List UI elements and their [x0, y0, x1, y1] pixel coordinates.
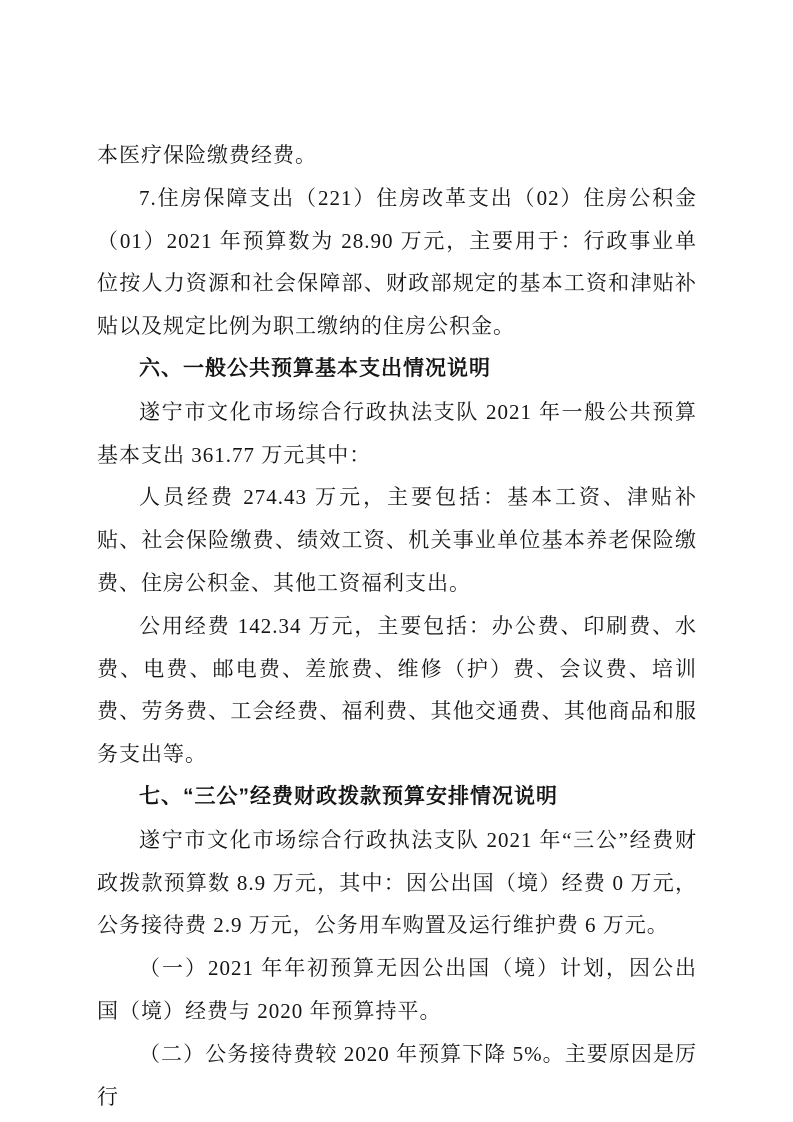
- paragraph-public-funds: 公用经费 142.34 万元，主要包括：办公费、印刷费、水费、电费、邮电费、差旅…: [97, 605, 697, 776]
- paragraph-housing-support: 7.住房保障支出（221）住房改革支出（02）住房公积金（01）2021 年预算…: [97, 177, 697, 348]
- section-heading-seven: 七、“三公”经费财政拨款预算安排情况说明: [97, 776, 697, 819]
- document-text-block: 本医疗保险缴费经费。 7.住房保障支出（221）住房改革支出（02）住房公积金（…: [97, 134, 697, 1118]
- paragraph-personnel-funds: 人员经费 274.43 万元，主要包括：基本工资、津贴补贴、社会保险缴费、绩效工…: [97, 476, 697, 604]
- section-heading-six: 六、一般公共预算基本支出情况说明: [97, 348, 697, 391]
- paragraph-basic-expenditure-total: 遂宁市文化市场综合行政执法支队 2021 年一般公共预算基本支出 361.77 …: [97, 391, 697, 477]
- paragraph-overseas-trips: （一）2021 年年初预算无因公出国（境）计划，因公出国（境）经费与 2020 …: [97, 947, 697, 1033]
- paragraph-official-reception: （二）公务接待费较 2020 年预算下降 5%。主要原因是厉行: [97, 1033, 697, 1119]
- paragraph-three-public-total: 遂宁市文化市场综合行政执法支队 2021 年“三公”经费财政拨款预算数 8.9 …: [97, 819, 697, 947]
- document-page: 本医疗保险缴费经费。 7.住房保障支出（221）住房改革支出（02）住房公积金（…: [0, 0, 793, 1122]
- paragraph-continuation: 本医疗保险缴费经费。: [97, 134, 697, 177]
